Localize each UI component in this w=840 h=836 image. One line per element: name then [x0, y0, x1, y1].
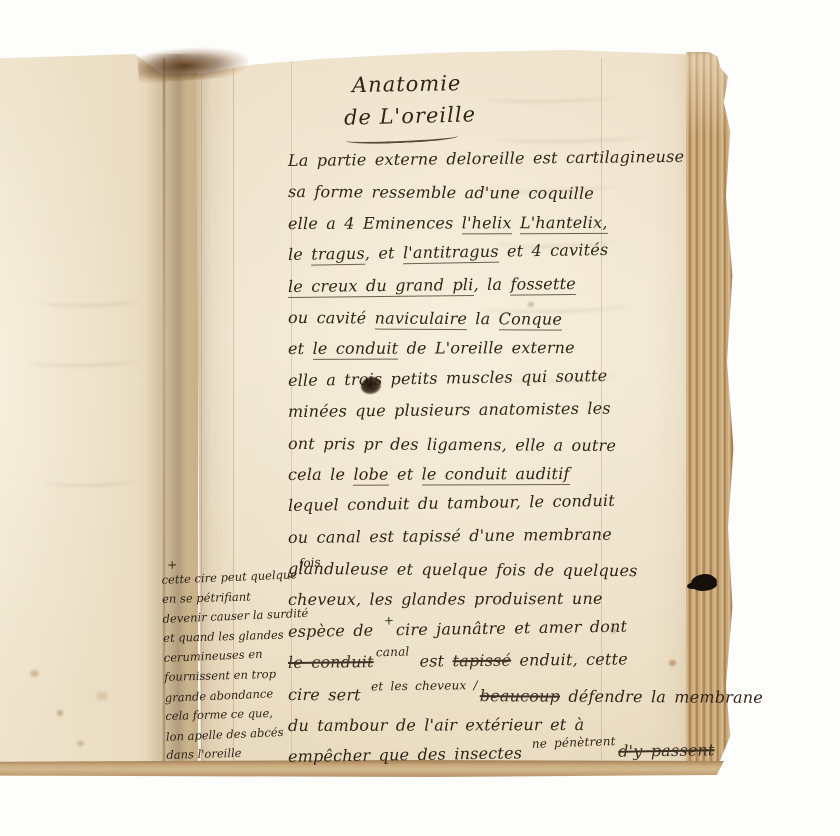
- foxing-spot: [57, 710, 63, 716]
- underlined-word: Conque: [499, 309, 563, 330]
- word: défendre la membrane: [560, 686, 763, 706]
- underlined-word: lobe: [353, 465, 388, 486]
- word: cela forme ce que,: [165, 706, 273, 723]
- interline-insertion: fois: [298, 553, 321, 573]
- struck-out-word: beaucoup: [480, 686, 560, 705]
- word: ou cavité: [288, 308, 375, 328]
- word: [512, 213, 520, 232]
- manuscript-photo: Anatomie de L'oreille La partie externe …: [0, 0, 840, 836]
- struck-out-word: tapissé: [452, 651, 511, 671]
- underlined-word: le conduit auditif: [422, 464, 570, 486]
- margin-note-lines: cette cire peut quelquefoisen se pétrifi…: [161, 566, 298, 766]
- title-line-1: Anatomie: [352, 67, 476, 101]
- word: La partie externe deloreille est cartila…: [288, 147, 684, 170]
- page-title: Anatomie de L'oreille: [352, 68, 476, 143]
- word: et: [389, 464, 422, 483]
- edge-ink-blot: [691, 574, 717, 591]
- underlined-word: tragus: [311, 244, 365, 266]
- underlined-word: l'antitragus: [403, 242, 499, 265]
- manuscript-line: ont pris pr des ligamens, elle a outre: [288, 429, 692, 463]
- manuscript-line: espèce de +cire jaunâtre et amer dont: [288, 611, 692, 649]
- manuscript-line: lequel conduit du tambour, le conduit: [288, 485, 692, 523]
- word: en se pétrifiant: [162, 589, 251, 605]
- word: et: [288, 339, 313, 358]
- show-through-mark: [486, 89, 616, 105]
- word: enduit, cette: [511, 650, 628, 670]
- word: la: [467, 309, 499, 328]
- struck-out-word: le conduit: [288, 652, 374, 672]
- word: lon apelle des abcés: [166, 725, 284, 744]
- underlined-word: naviculaire: [375, 308, 467, 330]
- margin-note: + cette cire peut quelquefoisen se pétri…: [161, 556, 299, 766]
- word: cela le: [288, 465, 354, 484]
- fore-edge-pages: [686, 52, 740, 772]
- underlined-word: le conduit: [313, 339, 399, 360]
- manuscript-line: ou cavité naviculaire la Conque: [288, 303, 692, 337]
- interline-insertion: et les cheveux /: [371, 670, 478, 701]
- manuscript-line: le conduitcanal est tapissé enduit, cett…: [288, 644, 692, 680]
- underlined-word: l'helix: [462, 213, 512, 234]
- manuscript-line: sa forme ressemble ad'une coquille: [288, 177, 692, 211]
- word: sa forme ressemble ad'une coquille: [288, 182, 594, 203]
- word: le: [288, 245, 312, 264]
- word: ou canal est tapissé d'une membrane: [288, 524, 612, 546]
- manuscript-line: elle a trois petits muscles qui soutte: [288, 359, 692, 397]
- manuscript-line: La partie externe deloreille est cartila…: [288, 142, 692, 178]
- word: devenir causer la surdité: [162, 606, 308, 626]
- show-through-mark: [30, 353, 140, 368]
- show-through-mark: [40, 293, 140, 308]
- word: ont pris pr des ligamens, elle a outre: [288, 434, 616, 455]
- word: et 4 cavités: [499, 240, 609, 261]
- word: cerumineuses en: [163, 647, 262, 665]
- word: cette cire peut quelque: [161, 567, 297, 587]
- underlined-word: fossette: [510, 274, 576, 296]
- word: glanduleuse et quelque fois de quelques: [288, 559, 638, 580]
- word: elle a trois petits muscles qui soutte: [288, 366, 608, 390]
- interline-insertion: ne pénètrent: [532, 727, 617, 760]
- manuscript-line: ou canal est tapissé d'une membrane: [288, 518, 692, 554]
- underlined-word: L'hantelix,: [520, 213, 608, 234]
- word: minées que plusieurs anatomistes les: [288, 399, 611, 421]
- word: , la: [473, 274, 510, 293]
- word: cire jaunâtre et amer dont: [396, 617, 628, 640]
- struck-out-word: d'y passent: [618, 741, 715, 762]
- word: empêcher que des insectes: [288, 744, 531, 767]
- word: de L'oreille externe: [398, 338, 575, 358]
- manuscript-body: La partie externe deloreille est cartila…: [288, 146, 692, 774]
- interline-insertion: canal: [375, 637, 409, 668]
- word: grande abondance: [165, 686, 274, 705]
- word: , et: [365, 243, 403, 263]
- word: elle a 4 Eminences: [288, 213, 462, 233]
- manuscript-line: le tragus, et l'antitragus et 4 cavités: [288, 234, 692, 272]
- word: est: [411, 652, 452, 671]
- foxing-spot: [77, 741, 84, 746]
- manuscript-line: minées que plusieurs anatomistes les: [288, 393, 692, 429]
- word: cire sert: [288, 685, 369, 704]
- underlined-word: le creux du grand pli: [288, 275, 474, 298]
- manuscript-line: le creux du grand pli, la fossette: [288, 267, 692, 303]
- interline-insertion: +: [383, 605, 394, 635]
- word: et quand les glandes: [163, 627, 284, 644]
- foxing-spot: [96, 692, 108, 700]
- word: dans l'oreille: [166, 746, 241, 762]
- word: cheveux, les glandes produisent une: [288, 589, 603, 609]
- word: espèce de: [288, 620, 382, 640]
- manuscript-line: empêcher que des insectes ne pénètrentd'…: [288, 736, 692, 774]
- title-line-2: de L'oreille: [344, 98, 477, 133]
- foxing-spot: [30, 670, 39, 677]
- word: lequel conduit du tambour, le conduit: [288, 491, 615, 515]
- manuscript-line: cire sert et les cheveux /beaucoup défen…: [288, 680, 692, 714]
- show-through-mark: [45, 473, 135, 488]
- word: fournissent en trop: [164, 667, 276, 684]
